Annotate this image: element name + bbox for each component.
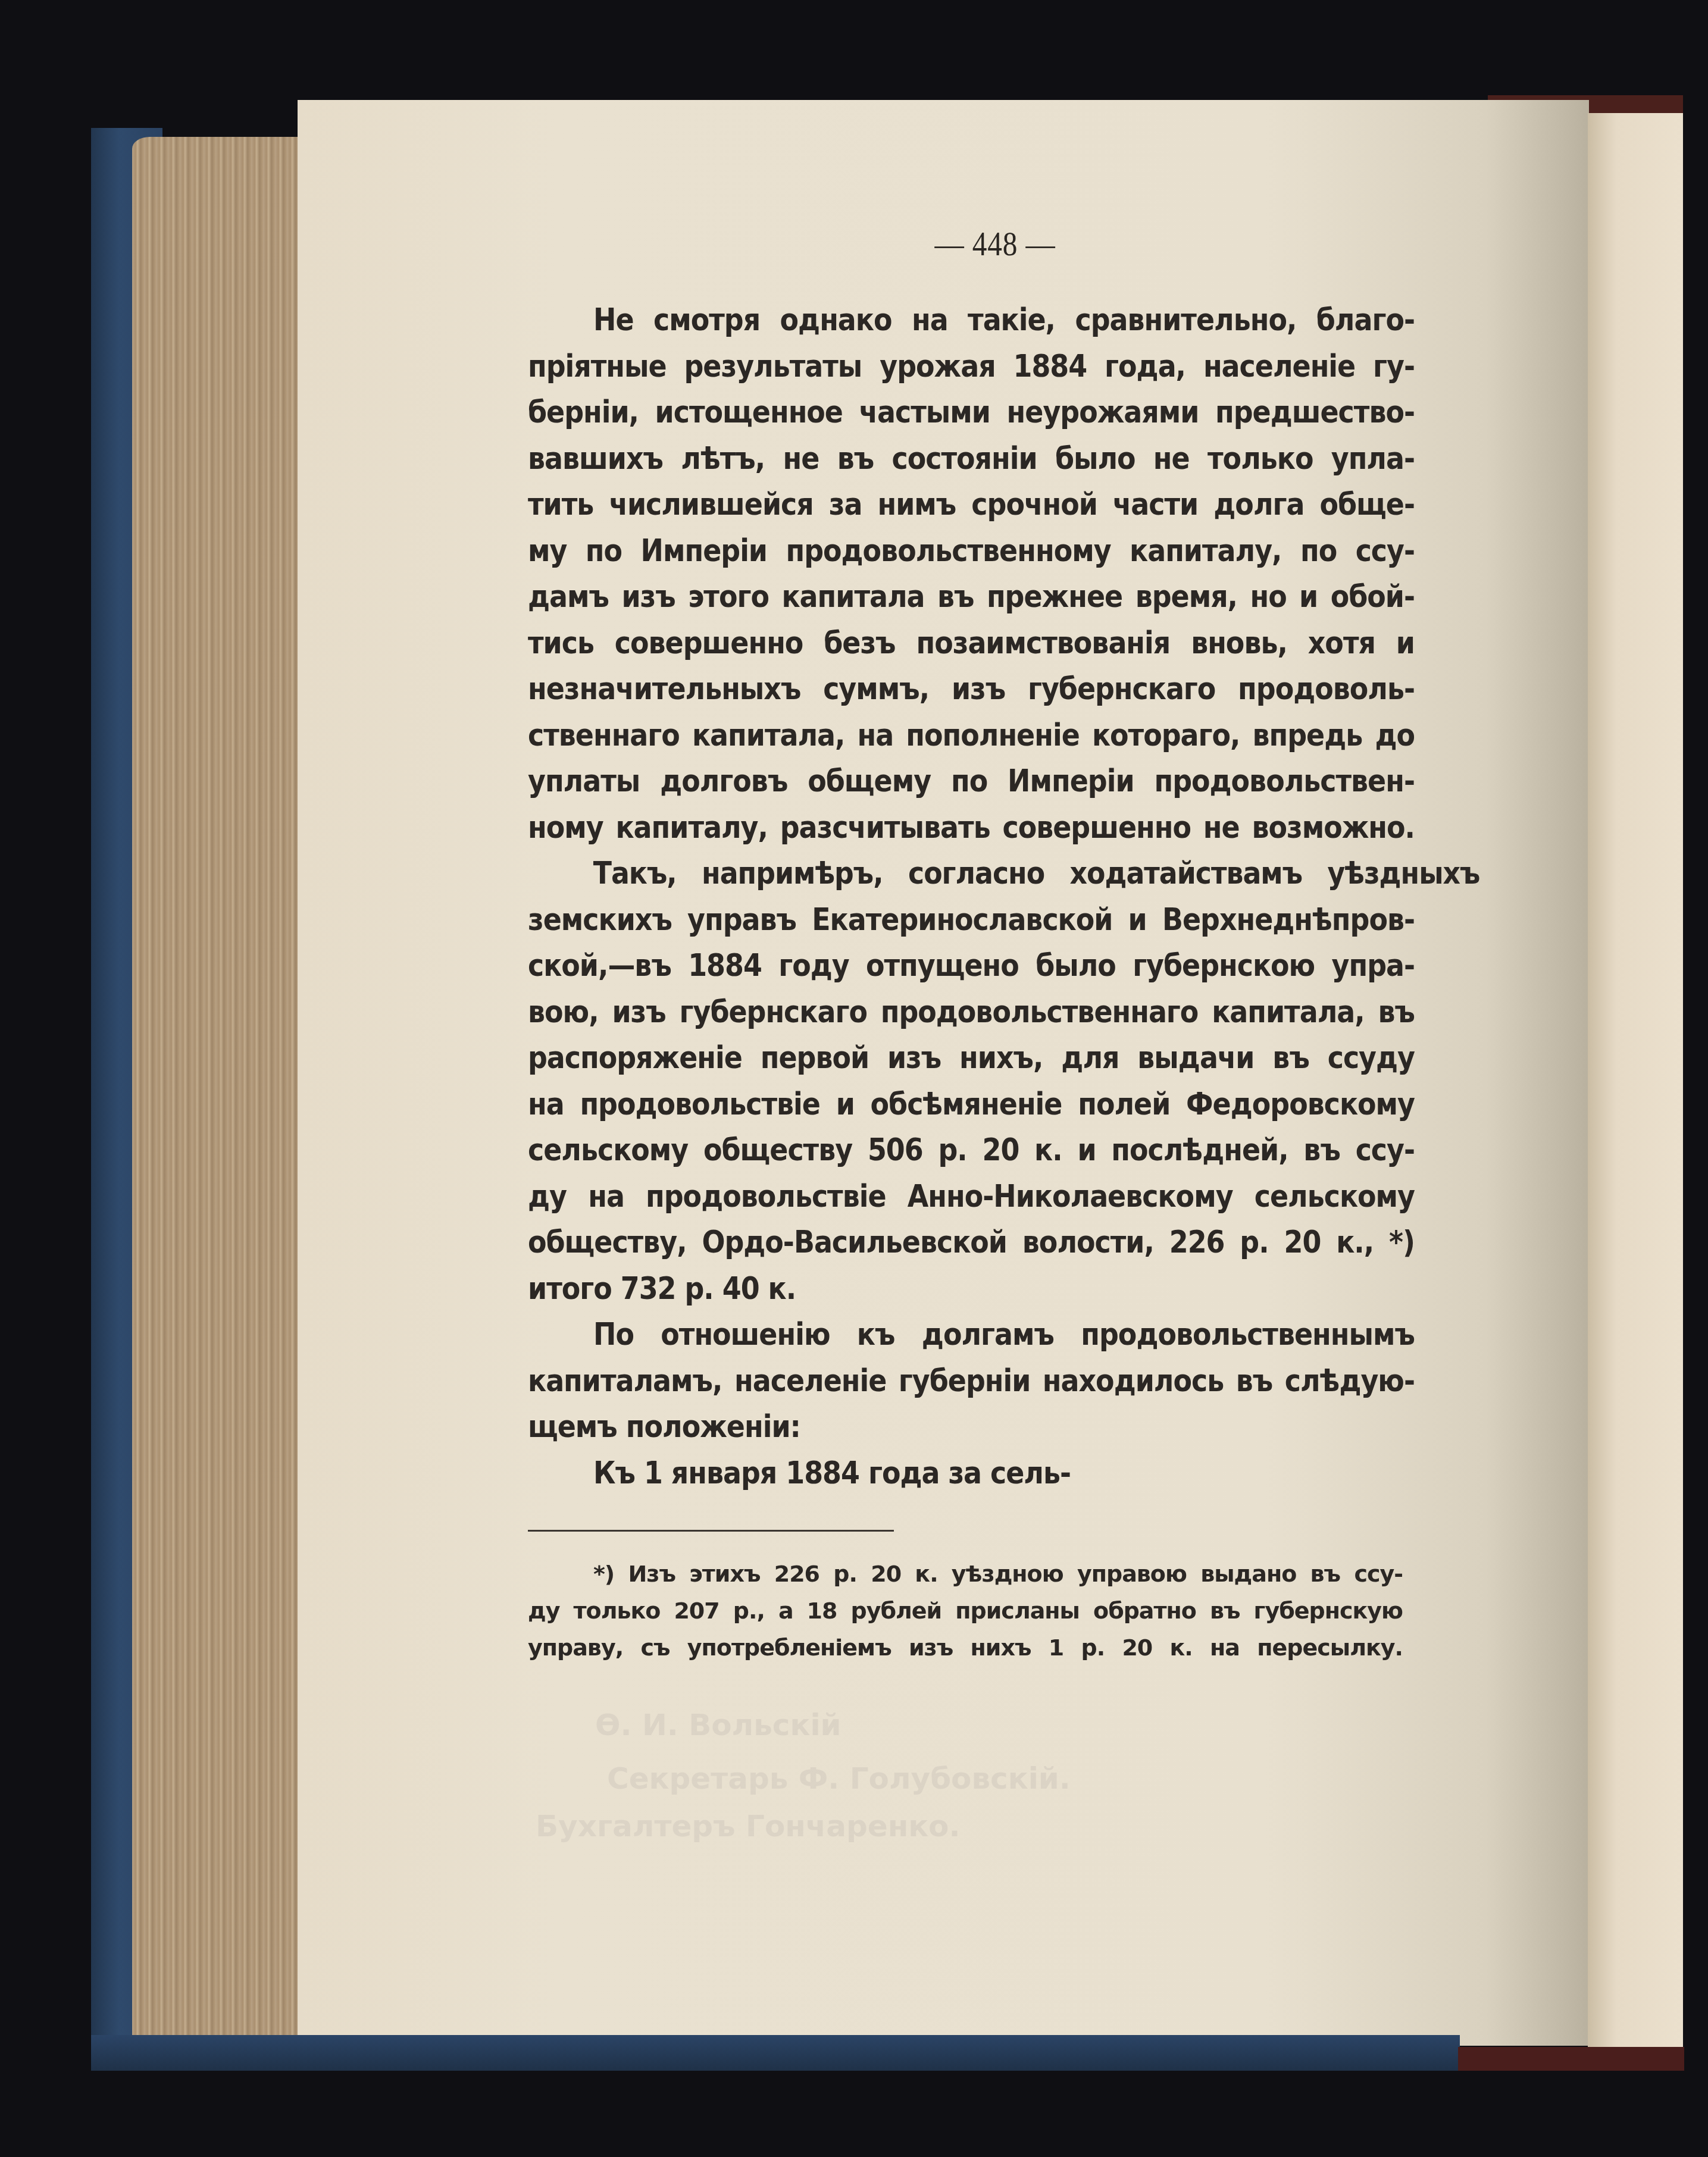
text-line: вою, изъ губернскаго продовольственнаго … [528, 990, 1415, 1036]
text-line: итого 732 р. 40 к. [528, 1266, 1415, 1313]
paragraph-3: По отношенію къ долгамъ продовольственны… [528, 1312, 1415, 1451]
page-content: — 448 — Не смотря однако на такіе, сравн… [528, 226, 1415, 1666]
text-line: на продовольствіе и обсѣмяненіе полей Фе… [528, 1082, 1415, 1128]
text-line: сельскому обществу 506 р. 20 к. и послѣд… [528, 1128, 1415, 1174]
footnote-line: ду только 207 р., а 18 рублей присланы о… [528, 1592, 1403, 1629]
text-line: Къ 1 января 1884 года за сель- [528, 1451, 1415, 1497]
book-cover-bottom [91, 2035, 1460, 2071]
text-line: распоряженіе первой изъ нихъ, для выдачи… [528, 1035, 1415, 1082]
text-line: ской,—въ 1884 году отпущено было губернс… [528, 943, 1415, 990]
text-line: Такъ, напримѣръ, согласно ходатайствамъ … [528, 851, 1479, 897]
text-line: тись совершенно безъ позаимствованія вно… [528, 621, 1415, 667]
text-line: пріятные результаты урожая 1884 года, на… [528, 344, 1415, 390]
bleed-through-text: Секретарь Ф. Голубовскій. [607, 1761, 1071, 1796]
text-line: щемъ положеніи: [528, 1404, 1415, 1451]
text-line: вавшихъ лѣтъ, не въ состояніи было не то… [528, 436, 1415, 483]
footnote-divider [528, 1530, 894, 1532]
text-line: му по Имперіи продовольственному капитал… [528, 528, 1415, 575]
text-line: дамъ изъ этого капитала въ прежнее время… [528, 574, 1415, 621]
text-line: обществу, Ордо-Васильевской волости, 226… [528, 1220, 1415, 1266]
footnote-line: управу, съ употребленіемъ изъ нихъ 1 р. … [528, 1629, 1403, 1666]
text-line: капиталамъ, населеніе губерніи находилос… [528, 1358, 1415, 1405]
footnote: *) Изъ этихъ 226 р. 20 к. уѣздною управо… [528, 1555, 1415, 1666]
text-line: тить числившейся за нимъ срочной части д… [528, 482, 1415, 528]
bleed-through-text: Ѳ. И. Вольскій [595, 1708, 842, 1742]
right-background [1683, 95, 1708, 2071]
paragraph-4: Къ 1 января 1884 года за сель- [528, 1451, 1415, 1497]
book-cover-bottom-right [1458, 2047, 1684, 2071]
page-edges [132, 137, 299, 2044]
paragraph-1: Не смотря однако на такіе, сравнительно,… [528, 298, 1415, 851]
paragraph-2: Такъ, напримѣръ, согласно ходатайствамъ … [528, 851, 1415, 1312]
text-line: По отношенію къ долгамъ продовольственны… [528, 1312, 1415, 1358]
text-line: ственнаго капитала, на пополненіе котора… [528, 713, 1415, 759]
text-line: незначительныхъ суммъ, изъ губернскаго п… [528, 666, 1415, 713]
page-number: — 448 — [639, 226, 1352, 298]
text-line: земскихъ управъ Екатеринославской и Верх… [528, 897, 1415, 944]
text-line: уплаты долговъ общему по Имперіи продово… [528, 759, 1415, 805]
bleed-through-text: Бухгалтеръ Гончаренко. [536, 1809, 960, 1843]
text-line: берніи, истощенное частыми неурожаями пр… [528, 390, 1415, 436]
text-line: ду на продовольствіе Анно-Николаевскому … [528, 1174, 1415, 1220]
text-line: ному капиталу, разсчитывать совершенно н… [528, 805, 1415, 851]
facing-page-edge [1588, 113, 1683, 2047]
footnote-line: *) Изъ этихъ 226 р. 20 к. уѣздною управо… [528, 1555, 1403, 1592]
text-line: Не смотря однако на такіе, сравнительно,… [528, 298, 1415, 344]
